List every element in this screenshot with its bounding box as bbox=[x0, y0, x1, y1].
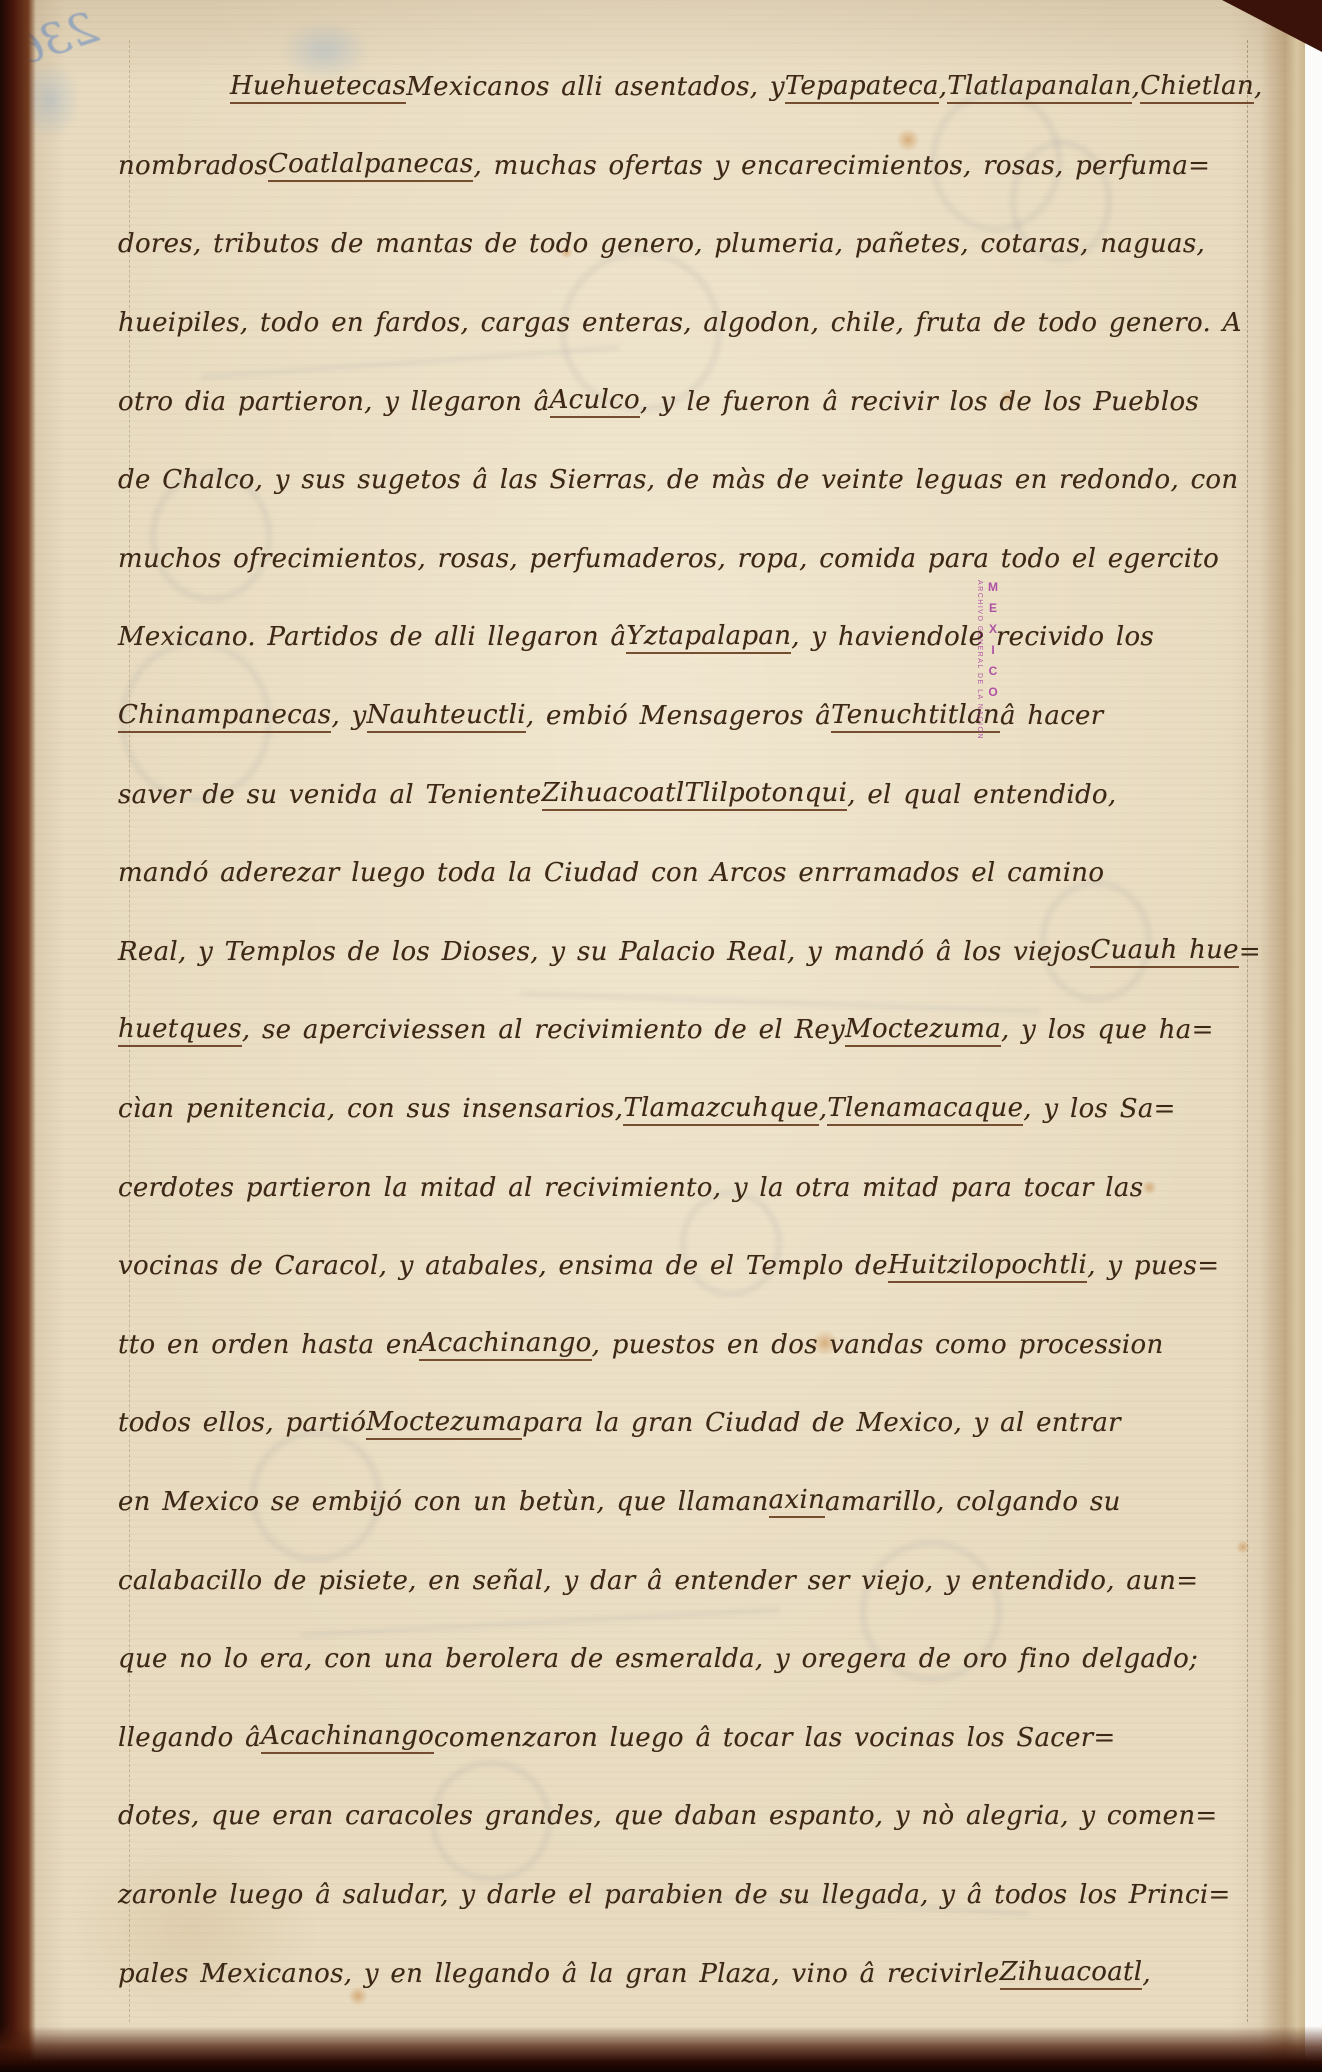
manuscript-text: zaronle luego â saludar, y darle el para… bbox=[118, 1880, 1231, 1910]
manuscript-line: nombrados Coatlalpanecas, muchas ofertas… bbox=[118, 127, 1250, 206]
manuscript-text: de Chalco, y sus sugetos â las Sierras, … bbox=[118, 465, 1238, 495]
manuscript-line: saver de su venida al Teniente Zihuacoat… bbox=[118, 755, 1250, 834]
manuscript-text: amarillo, colgando su bbox=[825, 1487, 1121, 1517]
manuscript-text: otro dia partieron, y llegaron â bbox=[118, 387, 550, 417]
manuscript-text: = bbox=[1239, 937, 1261, 967]
manuscript-line: de Chalco, y sus sugetos â las Sierras, … bbox=[118, 441, 1250, 520]
manuscript-line: dores, tributos de mantas de todo genero… bbox=[118, 205, 1250, 284]
underlined-proper-noun: Yztapalapan bbox=[626, 621, 791, 654]
manuscript-text: hueipiles, todo en fardos, cargas entera… bbox=[118, 308, 1242, 338]
manuscript-text: , bbox=[1132, 72, 1141, 102]
manuscript-text: tto en orden hasta en bbox=[118, 1330, 419, 1360]
manuscript-text: , y haviendole recivido los bbox=[791, 622, 1154, 652]
manuscript-line: cìan penitencia, con sus insensarios, Tl… bbox=[118, 1070, 1250, 1149]
underlined-proper-noun: axin bbox=[769, 1485, 825, 1518]
page-edge-right bbox=[1260, 0, 1306, 2072]
manuscript-text: , bbox=[939, 72, 948, 102]
pencil-smudge bbox=[280, 20, 370, 80]
underlined-proper-noun: Moctezuma bbox=[366, 1407, 522, 1440]
cover-bottom-edge bbox=[0, 2026, 1322, 2072]
manuscript-text: dores, tributos de mantas de todo genero… bbox=[118, 229, 1205, 259]
underlined-proper-noun: Acachinango bbox=[261, 1721, 434, 1754]
manuscript-text: dotes, que eran caracoles grandes, que d… bbox=[118, 1801, 1217, 1831]
manuscript-text: saver de su venida al Teniente bbox=[118, 780, 542, 810]
manuscript-line: que no lo era, con una berolera de esmer… bbox=[118, 1620, 1250, 1699]
underlined-proper-noun: Cuauh hue bbox=[1090, 935, 1238, 968]
manuscript-line: en Mexico se embijó con un betùn, que ll… bbox=[118, 1463, 1250, 1542]
manuscript-line: muchos ofrecimientos, rosas, perfumadero… bbox=[118, 520, 1250, 599]
manuscript-text: â hacer bbox=[1000, 701, 1104, 731]
manuscript-line: Chinampanecas, y Nauhteuctli, embió Mens… bbox=[118, 677, 1250, 756]
manuscript-text: pales Mexicanos, y en llegando â la gran… bbox=[118, 1959, 1000, 1989]
manuscript-line: calabacillo de pisiete, en señal, y dar … bbox=[118, 1541, 1250, 1620]
manuscript-text: para la gran Ciudad de Mexico, y al entr… bbox=[522, 1408, 1121, 1438]
underlined-proper-noun: Tepapateca bbox=[785, 71, 939, 104]
underlined-proper-noun: Nauhteuctli bbox=[367, 700, 526, 733]
underlined-proper-noun: Acachinango bbox=[419, 1328, 592, 1361]
manuscript-text: llegando â bbox=[118, 1723, 261, 1753]
archive-stamp-name: ARCHIVO GENERAL DE LA NACION bbox=[976, 580, 983, 780]
manuscript-text: que no lo era, con una berolera de esmer… bbox=[118, 1644, 1198, 1674]
archive-stamp: ARCHIVO GENERAL DE LA NACION MEXICO bbox=[976, 580, 1000, 780]
underlined-proper-noun: Tlenamacaque bbox=[827, 1093, 1023, 1126]
underlined-proper-noun: Zihuacoatl bbox=[1000, 1957, 1143, 1990]
manuscript-line: zaronle luego â saludar, y darle el para… bbox=[118, 1856, 1250, 1935]
manuscript-line: otro dia partieron, y llegaron â Aculco,… bbox=[118, 362, 1250, 441]
manuscript-line: Real, y Templos de los Dioses, y su Pala… bbox=[118, 913, 1250, 992]
manuscript-text: cìan penitencia, con sus insensarios, bbox=[118, 1094, 623, 1124]
manuscript-line: dotes, que eran caracoles grandes, que d… bbox=[118, 1777, 1250, 1856]
manuscript-text: Mexicano. Partidos de alli llegaron â bbox=[118, 622, 626, 652]
underlined-proper-noun: Huitzilopochtli bbox=[888, 1250, 1087, 1283]
manuscript-text: , y bbox=[331, 701, 366, 731]
underlined-proper-noun: Zihuacoatl bbox=[542, 778, 685, 811]
underlined-proper-noun: Aculco bbox=[550, 385, 640, 418]
manuscript-text: nombrados bbox=[118, 151, 268, 181]
manuscript-line: cerdotes partieron la mitad al recivimie… bbox=[118, 1148, 1250, 1227]
underlined-proper-noun: Moctezuma bbox=[845, 1014, 1001, 1047]
manuscript-text: , y los Sa= bbox=[1023, 1094, 1175, 1124]
manuscript-line: hueipiles, todo en fardos, cargas entera… bbox=[118, 284, 1250, 363]
manuscript-text: , bbox=[819, 1094, 828, 1124]
underlined-proper-noun: Tenuchtitlan bbox=[831, 700, 1000, 733]
manuscript-text: , muchas ofertas y encarecimientos, rosa… bbox=[473, 151, 1210, 181]
underlined-proper-noun: Tlilpotonqui bbox=[684, 778, 847, 811]
manuscript-text: Mexicanos alli asentados, y bbox=[406, 72, 785, 102]
manuscript-line: todos ellos, partió Moctezuma para la gr… bbox=[118, 1384, 1250, 1463]
manuscript-text: comenzaron luego â tocar las vocinas los… bbox=[434, 1723, 1116, 1753]
manuscript-line: vocinas de Caracol, y atabales, ensima d… bbox=[118, 1227, 1250, 1306]
scan-background-strip bbox=[1305, 0, 1322, 2072]
underlined-proper-noun: huetques bbox=[118, 1014, 242, 1047]
manuscript-text: mandó aderezar luego toda la Ciudad con … bbox=[118, 858, 1104, 888]
manuscript-line: Mexicano. Partidos de alli llegaron â Yz… bbox=[118, 598, 1250, 677]
manuscript-text: muchos ofrecimientos, rosas, perfumadero… bbox=[118, 544, 1219, 574]
manuscript-text: , y le fueron â recivir los de los Puebl… bbox=[640, 387, 1199, 417]
manuscript-text: calabacillo de pisiete, en señal, y dar … bbox=[118, 1566, 1198, 1596]
manuscript-text: , embió Mensageros â bbox=[526, 701, 831, 731]
manuscript-text: cerdotes partieron la mitad al recivimie… bbox=[118, 1173, 1143, 1203]
manuscript-text: , puestos en dos vandas como procession bbox=[592, 1330, 1164, 1360]
manuscript-text: vocinas de Caracol, y atabales, ensima d… bbox=[118, 1251, 888, 1281]
book-binding-edge bbox=[0, 0, 36, 2072]
underlined-proper-noun: Tlamazcuhque bbox=[623, 1093, 818, 1126]
manuscript-line: mandó aderezar luego toda la Ciudad con … bbox=[118, 834, 1250, 913]
manuscript-text: , y los que ha= bbox=[1001, 1015, 1214, 1045]
manuscript-text: , bbox=[1142, 1959, 1151, 1989]
manuscript-line: llegando â Acachinango comenzaron luego … bbox=[118, 1698, 1250, 1777]
underlined-proper-noun: Chinampanecas bbox=[118, 700, 331, 733]
manuscript-line: tto en orden hasta en Acachinango, puest… bbox=[118, 1306, 1250, 1385]
manuscript-lines: Huehuetecas Mexicanos alli asentados, y … bbox=[118, 48, 1250, 2013]
manuscript-text: , se aperciviessen al recivimiento de el… bbox=[242, 1015, 845, 1045]
manuscript-line: huetques, se aperciviessen al recivimien… bbox=[118, 991, 1250, 1070]
manuscript-text: en Mexico se embijó con un betùn, que ll… bbox=[118, 1487, 769, 1517]
manuscript-text: , y pues= bbox=[1087, 1251, 1219, 1281]
underlined-proper-noun: Chietlan bbox=[1140, 71, 1254, 104]
manuscript-page: Huehuetecas Mexicanos alli asentados, y … bbox=[0, 0, 1322, 2072]
manuscript-text: todos ellos, partió bbox=[118, 1408, 366, 1438]
archive-stamp-city: MEXICO bbox=[986, 580, 1000, 780]
underlined-proper-noun: Coatlalpanecas bbox=[268, 149, 474, 182]
manuscript-text: , el qual entendido, bbox=[847, 780, 1116, 810]
manuscript-line: pales Mexicanos, y en llegando â la gran… bbox=[118, 1934, 1250, 2013]
underlined-proper-noun: Tlatlapanalan bbox=[947, 71, 1131, 104]
manuscript-text: Real, y Templos de los Dioses, y su Pala… bbox=[118, 937, 1090, 967]
